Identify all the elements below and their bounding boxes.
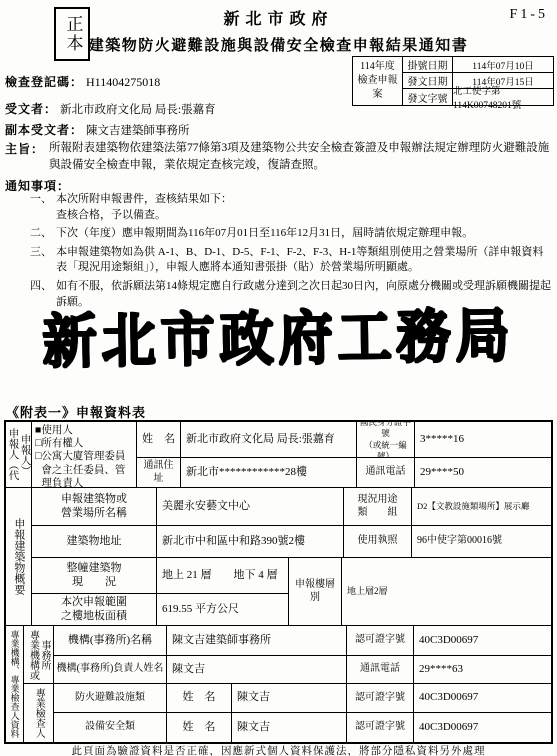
declared-floors-value: 地上層2層 bbox=[342, 558, 551, 626]
inspector-row-label: 專業檢查人 bbox=[24, 684, 54, 742]
notice-number: 二、 bbox=[30, 226, 56, 242]
cc-recipient-line: 副本受文者： 陳文吉建築師事務所 bbox=[5, 121, 190, 138]
notice-text: 本申報建築物如為供 A-1、B、D-1、D-5、F-1、F-2、F-3、H-1等… bbox=[56, 245, 552, 276]
form-code: F1-5 bbox=[510, 7, 548, 23]
fire-inspector-name-label: 姓 名 bbox=[167, 684, 232, 713]
whole-building-status-value: 地上 21 層 地下 4 層 bbox=[157, 558, 289, 594]
applicant-phone-value: 29****50 bbox=[415, 458, 551, 488]
document-title: 建築物防火避難設施與設備安全檢查申報結果通知書 bbox=[0, 34, 557, 55]
building-address-label: 建築物地址 bbox=[32, 526, 157, 558]
case-rows: 掛號日期 114年07月10日 發文日期 114年07月15日 發文字號 北工使… bbox=[403, 57, 553, 105]
subject-label: 主旨： bbox=[5, 140, 49, 173]
inspection-registration-line: 檢查登記碼： H11404275018 bbox=[5, 73, 160, 90]
building-address-value: 新北市中和區中和路390號2樓 bbox=[157, 526, 344, 558]
applicant-row-label: 申報人（代申報人） bbox=[6, 422, 32, 488]
agency-head-label: 機構(事務所)負責人姓名 bbox=[54, 656, 167, 684]
declared-floor-area-value: 619.55 平方公尺 bbox=[157, 594, 289, 626]
equipment-inspector-name-value: 陳文吉 bbox=[232, 713, 347, 742]
subject-text: 所報附表建築物依建築法第77條第3項及建築物公共安全檢查簽證及申報辦法規定辦理防… bbox=[49, 140, 550, 173]
notice-item: 二、 下次（年度）應申報期間為116年07月01日至116年12月31日，屆時請… bbox=[30, 226, 552, 242]
applicant-type-options: ■使用人 □所有權人 □公寓大廈管理委員會之主任委員、管理負責人 bbox=[32, 422, 137, 488]
applicant-id-label: 國民身分證字號 （或統一編號） bbox=[357, 422, 415, 458]
notification-document-page: 正本 新北市政府 建築物防火避難設施與設備安全檢查申報結果通知書 F1-5 11… bbox=[0, 0, 557, 756]
applicant-id-value: 3*****16 bbox=[415, 422, 551, 458]
applicant-type-option: □所有權人 bbox=[35, 437, 83, 450]
building-summary-row-label: 申報建築物概要 bbox=[6, 488, 32, 626]
notice-number: 三、 bbox=[30, 245, 56, 276]
fire-escape-class-label: 防火避難設施類 bbox=[54, 684, 167, 713]
applicant-group: 申報人（代申報人） ■使用人 □所有權人 □公寓大廈管理委員會之主任委員、管理負… bbox=[6, 422, 551, 488]
use-license-label: 使用執照 bbox=[344, 526, 412, 558]
declared-floor-area-label: 本次申報範圍 之樓地板面積 bbox=[32, 594, 157, 626]
agency-name-value: 陳文吉建築師事務所 bbox=[167, 626, 347, 656]
applicant-type-option: ■使用人 bbox=[35, 424, 73, 437]
fire-cert-value: 40C3D00697 bbox=[414, 684, 551, 713]
applicant-address-label: 通訊住址 bbox=[137, 458, 181, 488]
fire-inspector-name-value: 陳文吉 bbox=[232, 684, 347, 713]
fire-cert-label: 認可證字號 bbox=[347, 684, 414, 713]
attachment-title: 《附表一》申報資料表 bbox=[6, 402, 146, 421]
case-row-registered-date: 掛號日期 114年07月10日 bbox=[403, 57, 553, 73]
equipment-cert-value: 40C3D00697 bbox=[414, 713, 551, 742]
building-summary-group: 申報建築物概要 申報建築物或 營業場所名稱 美麗永安藝文中心 現況用途 類 組 … bbox=[6, 488, 551, 626]
use-category-label: 現況用途 類 組 bbox=[344, 488, 412, 526]
registered-date-value: 114年07月10日 bbox=[453, 57, 553, 72]
applicant-name-label: 姓 名 bbox=[137, 422, 181, 458]
applicant-name-value: 新北市政府文化局 局長:張䕒育 bbox=[181, 422, 357, 458]
cc-recipient-value: 陳文吉建築師事務所 bbox=[86, 125, 190, 137]
applicant-phone-label: 通訊電話 bbox=[357, 458, 415, 488]
application-data-table: 申報人（代申報人） ■使用人 □所有權人 □公寓大廈管理委員會之主任委員、管理負… bbox=[4, 420, 553, 744]
option-label: 公寓大廈管理委員會之主任委員、管理負責人 bbox=[41, 450, 133, 488]
whole-building-status-label: 整幢建築物 現 況 bbox=[32, 558, 157, 594]
agency-head-value: 陳文吉 bbox=[167, 656, 347, 684]
cc-recipient-label: 副本受文者： bbox=[5, 123, 83, 137]
use-license-value: 96中使字第00016號 bbox=[412, 526, 551, 558]
notice-item: 一、 本次所附申報書件，查核結果如下： 查核合格，予以備查。 bbox=[30, 192, 552, 223]
option-label: 所有權人 bbox=[41, 437, 83, 450]
subject-block: 主旨： 所報附表建築物依建築法第77條第3項及建築物公共安全檢查簽證及申報辦法規… bbox=[5, 140, 550, 173]
doc-number-label: 發文字號 bbox=[403, 89, 453, 105]
issuing-org-title: 新北市政府 bbox=[0, 6, 557, 29]
notice-text: 本次所附申報書件，查核結果如下： 查核合格，予以備查。 bbox=[56, 192, 552, 223]
professional-group: 專業機構、專業檢查人資料 專業機構或事務所 機構(事務所)名稱 陳文吉建築師事務… bbox=[6, 626, 551, 742]
declared-floors-label: 申報樓層別 bbox=[289, 558, 342, 626]
applicant-address-value: 新北市************28樓 bbox=[181, 458, 357, 488]
agency-cert-label: 認可證字號 bbox=[347, 626, 414, 656]
use-category-value: D2【文教設施類場所】展示廳 bbox=[412, 488, 551, 526]
equipment-inspector-name-label: 姓 名 bbox=[167, 713, 232, 742]
recipient-line: 受文者： 新北市政府文化局 局長:張䕒育 bbox=[5, 100, 216, 117]
professional-row-label: 專業機構、專業檢查人資料 bbox=[6, 626, 24, 742]
recipient-label: 受文者： bbox=[5, 102, 57, 116]
agency-office-row-label: 專業機構或事務所 bbox=[24, 626, 54, 684]
case-year-cell: 114年度 檢查申報案 bbox=[353, 57, 403, 105]
agency-cert-value: 40C3D00697 bbox=[414, 626, 551, 656]
notice-item: 三、 本申報建築物如為供 A-1、B、D-1、D-5、F-1、F-2、F-3、H… bbox=[30, 245, 552, 276]
registration-code-label: 檢查登記碼： bbox=[5, 75, 83, 89]
notice-number: 一、 bbox=[30, 192, 56, 223]
agency-name-label: 機構(事務所)名稱 bbox=[54, 626, 167, 656]
building-name-value: 美麗永安藝文中心 bbox=[157, 488, 344, 526]
equipment-class-label: 設備安全類 bbox=[54, 713, 167, 742]
agency-phone-label: 通訊電話 bbox=[347, 656, 414, 684]
case-row-doc-number: 發文字號 北工使字第114K00748201號 bbox=[403, 89, 553, 105]
equipment-cert-label: 認可證字號 bbox=[347, 713, 414, 742]
building-name-label: 申報建築物或 營業場所名稱 bbox=[32, 488, 157, 526]
doc-number-value: 北工使字第114K00748201號 bbox=[453, 89, 553, 105]
notice-text: 下次（年度）應申報期間為116年07月01日至116年12月31日，屆時請依規定… bbox=[56, 226, 552, 242]
applicant-type-option: □公寓大廈管理委員會之主任委員、管理負責人 bbox=[35, 450, 133, 488]
agency-phone-value: 29****63 bbox=[414, 656, 551, 684]
case-info-table: 114年度 檢查申報案 掛號日期 114年07月10日 發文日期 114年07月… bbox=[352, 56, 554, 106]
privacy-footnote: 此頁面為驗證資料是否正確，因應新式個人資料保護法，將部分隱私資料另外處理 bbox=[0, 743, 557, 756]
option-label: 使用人 bbox=[41, 424, 73, 437]
issue-date-label: 發文日期 bbox=[403, 73, 453, 88]
recipient-value: 新北市政府文化局 局長:張䕒育 bbox=[60, 104, 216, 116]
registered-date-label: 掛號日期 bbox=[403, 57, 453, 72]
registration-code-value: H11404275018 bbox=[86, 75, 160, 89]
document-header: 新北市政府 建築物防火避難設施與設備安全檢查申報結果通知書 bbox=[0, 6, 557, 55]
agency-seal-stamp: 新北市政府工務局 bbox=[0, 289, 557, 380]
